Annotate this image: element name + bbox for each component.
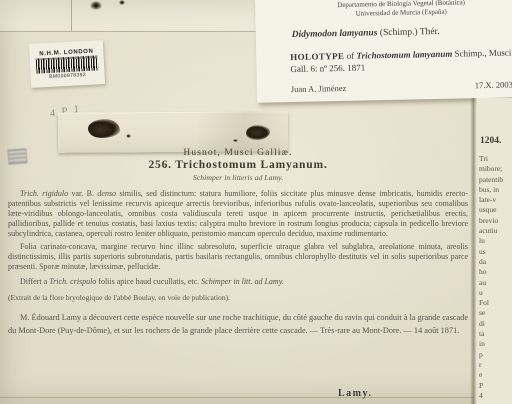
text-fragment: late-v: [479, 195, 503, 205]
paper-fold-shadow: [198, 111, 288, 152]
text-fragment: Fol: [479, 298, 503, 308]
paper-crease-shadow: [470, 98, 477, 404]
text-fragment: u: [479, 288, 503, 298]
differt-line: Differt a Trich. crispulo foliis apice h…: [8, 277, 468, 287]
specimen-fragment: [126, 134, 131, 138]
paper-seam: [71, 0, 72, 31]
compared-taxon: Trich. rigidulo: [20, 189, 68, 198]
text-fragment: usque: [479, 205, 503, 215]
specimen-fragment: [233, 139, 238, 142]
specimen-number: 256.: [149, 159, 176, 171]
exsiccata-label: Husnot, Musci Galliæ. 256. Trichostomum …: [8, 148, 468, 337]
text-fragment: mibore;: [479, 164, 503, 174]
determiner-name: Juan A. Jiménez: [291, 83, 347, 94]
text-fragment: brevio: [479, 216, 503, 226]
adjacent-label-number: 1204.: [480, 136, 501, 146]
text-fragment: r: [479, 360, 503, 370]
text-fragment: in: [479, 339, 503, 349]
diagnosis-text: var. B.: [68, 189, 97, 198]
sheet-bottom-edge: [0, 397, 474, 398]
determination-label: Departamento de Biología Vegetal (Botáni…: [255, 0, 512, 103]
adjacent-label-text-fragments: Tri mibore; patentib bus, in late-v usqu…: [479, 154, 503, 401]
holotype-word: HOLOTYPE: [290, 51, 344, 62]
locality-paragraph: M. Édouard Lamy a découvert cette espèce…: [8, 312, 468, 337]
text-fragment: e: [479, 370, 503, 380]
text-fragment: se: [479, 308, 503, 318]
differt-mid: foliis apice haud cucullatis, etc.: [96, 277, 201, 286]
specimen-fragment: [119, 0, 125, 5]
barcode-label: N.H.M. LONDON BM000978392: [29, 40, 105, 88]
text-fragment: acutiu: [479, 226, 503, 236]
text-fragment: lu: [479, 236, 503, 246]
text-fragment: bus, in: [479, 185, 503, 195]
species-author: (Schimp.) Thér.: [377, 27, 439, 38]
extract-note: (Extrait de la flore bryologique de l'ab…: [8, 293, 468, 302]
text-fragment: ta: [479, 329, 503, 339]
collector-signature: Lamy.: [338, 388, 372, 399]
barcode-icon: [36, 55, 99, 73]
text-fragment: p: [479, 350, 503, 360]
anatomy-paragraph: Folia carinato-concava, margine recurvo …: [8, 242, 468, 272]
institution-header: Departamento de Biología Vegetal (Botáni…: [285, 0, 512, 20]
text-fragment: P: [479, 381, 503, 391]
holotype-of: of: [344, 51, 356, 61]
text-fragment: us: [479, 247, 503, 257]
taxon-name: Trichostomum Lamyanum.: [175, 159, 327, 171]
text-fragment: da: [479, 257, 503, 267]
latin-diagnosis: Trich. rigidulo var. B. denso similis, s…: [8, 189, 468, 239]
citation: Schimper in litt. ad Lamy.: [201, 277, 284, 286]
taxon-title: 256. Trichostomum Lamyanum.: [8, 159, 468, 172]
determined-species: Didymodon lamyanus (Schimp.) Thér.: [292, 27, 440, 40]
text-fragment: di: [479, 319, 503, 329]
determination-date: 17.X. 2003: [475, 79, 512, 90]
species-name: Didymodon lamyanus: [292, 28, 378, 40]
text-fragment: ho: [479, 267, 503, 277]
overlapping-sheet-corner: [0, 0, 257, 32]
text-fragment: Tri: [479, 154, 503, 164]
herbarium-sheet: N.H.M. LONDON BM000978392 4 P 1 Departam…: [0, 0, 512, 404]
name-attribution: Schimper in litteris ad Lamy.: [8, 173, 468, 182]
adjacent-label-strip: 1204. Tri mibore; patentib bus, in late-…: [477, 98, 512, 404]
variety-name: denso: [97, 189, 116, 198]
text-fragment: 4: [479, 391, 503, 401]
differt-pre: Differt a: [20, 277, 49, 286]
text-fragment: au: [479, 278, 503, 288]
determiner-row: Juan A. Jiménez 17.X. 2003: [291, 79, 512, 94]
barcode-number: BM000978392: [49, 72, 86, 80]
series-title: Husnot, Musci Galliæ.: [8, 148, 468, 159]
moss-specimen: [88, 119, 120, 138]
text-fragment: patentib: [479, 175, 503, 185]
holotype-statement: HOLOTYPE of Trichostomum lamyanum Schimp…: [290, 46, 512, 75]
compared-taxon-2: Trich. crispulo: [49, 277, 96, 286]
specimen-fragment: [90, 1, 102, 10]
basionym-name: Trichostomum lamyanum: [356, 49, 452, 61]
